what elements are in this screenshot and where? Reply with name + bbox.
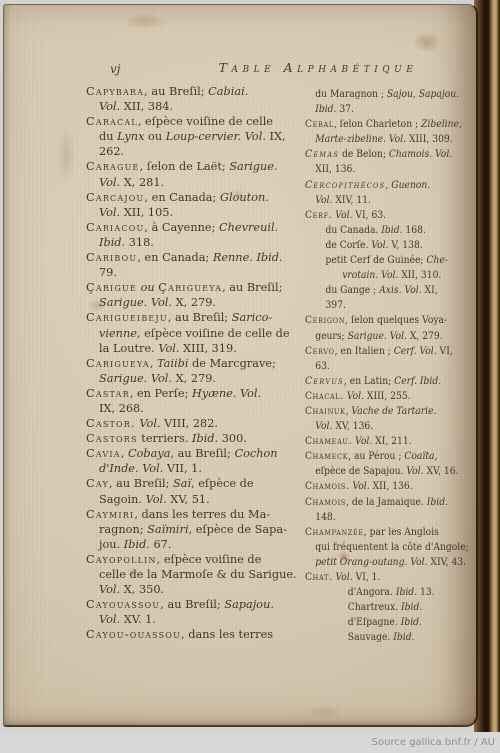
- index-line: XII, 136.: [305, 162, 469, 177]
- index-line: Cerigon, ſelon quelques Voya-: [305, 313, 469, 328]
- index-columns: Capybara, au Breſil; Cabiai.Vol. XII, 38…: [86, 84, 480, 645]
- index-line: Capybara, au Breſil; Cabiai.: [86, 84, 297, 99]
- index-line: Carigueibeju, au Breſil; Sarico-: [86, 310, 297, 325]
- index-line: Castor. Vol. VIII, 282.: [86, 416, 297, 431]
- index-line: Carague, ſelon de Laët; Sarigue.: [86, 159, 297, 174]
- stain-mark: [56, 125, 76, 185]
- index-line: Caracal, eſpèce voiſine de celle: [86, 114, 297, 129]
- scanned-book-page: vj Table Alphabétique Capybara, au Breſi…: [0, 0, 500, 753]
- index-line: Vol. XII, 384.: [86, 99, 297, 114]
- page-title: Table Alphabétique: [86, 60, 476, 75]
- index-line: Marte-zibeline. Vol. XIII, 309.: [305, 132, 469, 147]
- index-line: Ibid. 318.: [86, 235, 297, 250]
- index-line: Vol. XIV, 11.: [305, 193, 469, 208]
- index-line: Caribou, en Canada; Renne. Ibid.: [86, 250, 297, 265]
- index-line: Vol. XV, 136.: [305, 419, 469, 434]
- watermark-text: Source gallica.bnf.fr / AU: [372, 737, 495, 748]
- index-line: Carigueya, Taiibi de Marcgrave;: [86, 356, 297, 371]
- index-line: Cayou-ouassou, dans les terres: [86, 627, 297, 642]
- stain-mark: [412, 31, 442, 53]
- index-line: qui fréquentent la côte d'Angole;: [305, 540, 469, 555]
- stain-mark: [122, 13, 168, 29]
- index-line: Caymiri, dans les terres du Ma-: [86, 507, 297, 522]
- index-line: Cariacou, à Cayenne; Chevreuil.: [86, 220, 297, 235]
- index-line: Cercopithécos, Guenon.: [305, 178, 469, 193]
- index-line: Chameau. Vol. XI, 211.: [305, 434, 469, 449]
- index-line: Champanzée, par les Anglois: [305, 525, 469, 540]
- index-line: celle de la Marmoſe & du Sarigue.: [86, 567, 297, 582]
- index-line: eſpèce de Sapajou. Vol. XV, 16.: [305, 464, 469, 479]
- index-line: vrotain. Vol. XII, 310.: [305, 268, 469, 283]
- index-line: Sarigue. Vol. X, 279.: [86, 295, 297, 310]
- index-line: Chameck, au Pérou ; Coaïta,: [305, 449, 469, 464]
- index-line: vienne, eſpèce voiſine de celle de: [86, 326, 297, 341]
- index-line: Cebal, ſelon Charleton ; Zibeline,: [305, 117, 469, 132]
- index-line: IX, 268.: [86, 401, 297, 416]
- index-line: Chamois. Vol. XII, 136.: [305, 479, 469, 494]
- index-line: jou. Ibid. 67.: [86, 537, 297, 552]
- index-line: Çarigue ou Çarigueya, au Breſil;: [86, 280, 297, 295]
- index-line: 63.: [305, 359, 469, 374]
- index-line: Castar, en Perſe; Hyæne. Vol.: [86, 386, 297, 401]
- index-line: Chat. Vol. VI, 1.: [305, 570, 469, 585]
- column-left: Capybara, au Breſil; Cabiai.Vol. XII, 38…: [86, 84, 297, 645]
- index-line: du Gange ; Axis. Vol. XI,: [305, 283, 469, 298]
- index-line: 397.: [305, 298, 469, 313]
- index-line: Cay, au Breſil; Saï, eſpèce de: [86, 476, 297, 491]
- index-line: Ibid. 37.: [305, 102, 469, 117]
- index-line: Carcajou, en Canada; Glouton.: [86, 190, 297, 205]
- index-line: la Loutre. Vol. XIII, 319.: [86, 341, 297, 356]
- index-line: Chainuk, Vache de Tartarie.: [305, 404, 469, 419]
- index-line: petit Cerf de Guinée; Che-: [305, 253, 469, 268]
- index-line: Cavia, Cobaya, au Breſil; Cochon: [86, 446, 297, 461]
- index-line: Vol. XV. 1.: [86, 612, 297, 627]
- stain-mark: [304, 705, 344, 719]
- index-line: Sauvage. Ibid.: [305, 630, 469, 645]
- watermark-bar: Source gallica.bnf.fr / AU: [0, 732, 500, 753]
- index-line: Vol. X, 350.: [86, 582, 297, 597]
- index-line: geurs; Sarigue. Vol. X, 279.: [305, 329, 469, 344]
- index-line: Cayopollin, eſpèce voiſine de: [86, 552, 297, 567]
- index-line: ragnon; Saïmiri, eſpèce de Sapa-: [86, 522, 297, 537]
- column-right: du Maragnon ; Sajou, Sapajou.Ibid. 37.Ce…: [305, 87, 469, 645]
- index-line: Vol. X, 281.: [86, 175, 297, 190]
- index-line: 148.: [305, 510, 469, 525]
- index-line: Cervo, en Italien ; Cerf. Vol. VI,: [305, 344, 469, 359]
- index-line: 79.: [86, 265, 297, 280]
- index-line: Cemas de Belon; Chamois. Vol.: [305, 147, 469, 162]
- index-line: 262.: [86, 144, 297, 159]
- index-line: Cervus, en Latin; Cerf. Ibid.: [305, 374, 469, 389]
- index-line: d'Eſpagne. Ibid.: [305, 615, 469, 630]
- index-line: de Corſe. Vol. V, 138.: [305, 238, 469, 253]
- index-line: Cerf. Vol. VI, 63.: [305, 208, 469, 223]
- index-line: Castors terriers. Ibid. 300.: [86, 431, 297, 446]
- index-line: Chartreux. Ibid.: [305, 600, 469, 615]
- index-line: du Maragnon ; Sajou, Sapajou.: [305, 87, 469, 102]
- index-line: d'Angora. Ibid. 13.: [305, 585, 469, 600]
- index-line: Chacal. Vol. XIII, 255.: [305, 389, 469, 404]
- index-line: Sarigue. Vol. X, 279.: [86, 371, 297, 386]
- index-line: Sagoin. Vol. XV, 51.: [86, 492, 297, 507]
- index-line: Vol. XII, 105.: [86, 205, 297, 220]
- index-line: Cayouassou, au Breſil; Sapajou.: [86, 597, 297, 612]
- index-line: du Lynx ou Loup-cervier. Vol. IX,: [86, 129, 297, 144]
- index-line: Chamois, de la Jamaique. Ibid.: [305, 495, 469, 510]
- index-line: d'Inde. Vol. VII, 1.: [86, 461, 297, 476]
- index-line: petit Orang-outang. Vol. XIV, 43.: [305, 555, 469, 570]
- index-line: du Canada. Ibid. 168.: [305, 223, 469, 238]
